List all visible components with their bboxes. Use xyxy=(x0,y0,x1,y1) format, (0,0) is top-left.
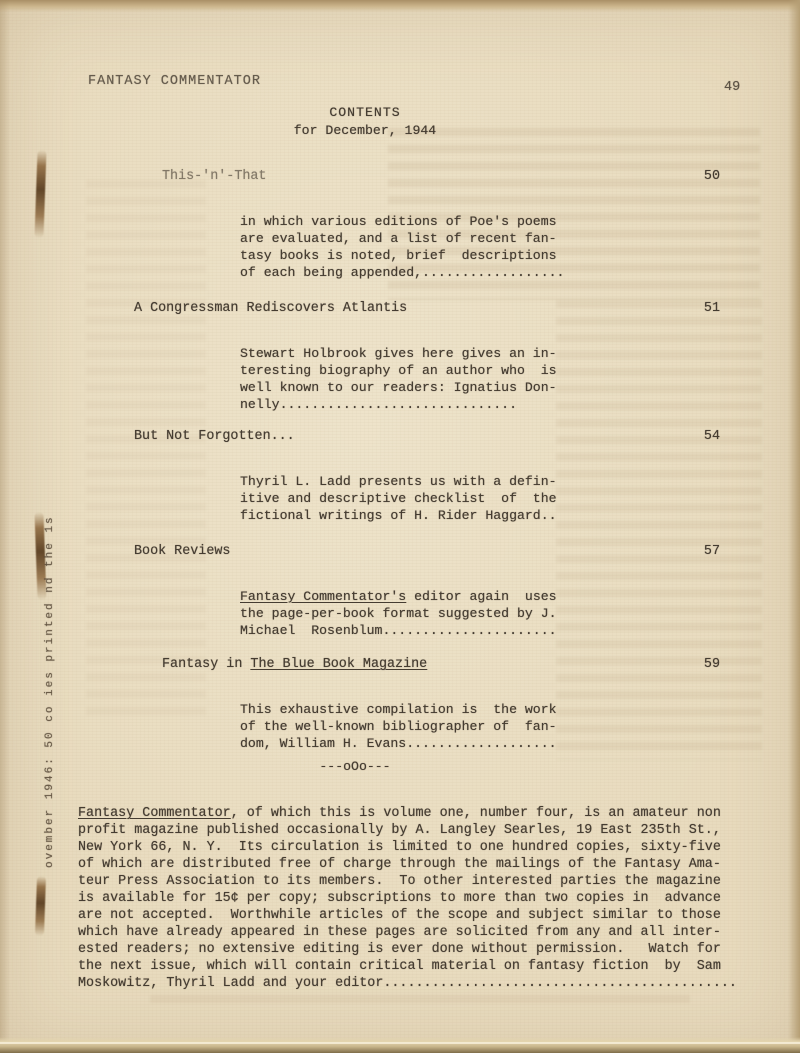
section-separator: ---oOo--- xyxy=(0,758,710,775)
toc-entry-page: 57 xyxy=(704,544,720,559)
toc-entry-title: Book Reviews xyxy=(134,543,230,560)
toc-entry-description: Thyril L. Ladd presents us with a defin-… xyxy=(240,473,720,524)
contents-subtitle: for December, 1944 xyxy=(0,122,730,140)
toc-entry: This-'n'-That 50 in which various editio… xyxy=(162,168,720,281)
staple-rust-mark xyxy=(34,150,46,238)
toc-entry-description: Stewart Holbrook gives here gives an in-… xyxy=(240,345,720,413)
toc-entry-title: This-'n'-That xyxy=(162,168,266,185)
page-edge-left xyxy=(0,0,10,1053)
page-edge-highlight xyxy=(0,1042,800,1044)
toc-entry-page: 51 xyxy=(704,301,720,316)
toc-entry: Book Reviews 57 Fantasy Commentator's ed… xyxy=(134,543,720,639)
page-number: 49 xyxy=(724,80,740,95)
bleed-through-text xyxy=(150,995,690,1011)
colophon-paragraph: Fantasy Commentator, of which this is vo… xyxy=(78,805,758,992)
toc-entry: A Congressman Rediscovers Atlantis 51 St… xyxy=(134,300,720,413)
running-header: FANTASY COMMENTATOR xyxy=(88,74,261,89)
toc-entry-page: 59 xyxy=(704,657,720,672)
toc-entry: Fantasy in The Blue Book Magazine 59 Thi… xyxy=(134,656,720,752)
scanned-page: ovember 1946: 50 co ies printed nd the 1… xyxy=(0,0,800,1053)
toc-entry-title: Fantasy in The Blue Book Magazine xyxy=(162,656,427,673)
toc-entry-description: in which various editions of Poe's poems… xyxy=(240,213,720,281)
toc-entry-description: Fantasy Commentator's editor again usest… xyxy=(240,588,720,639)
staple-rust-mark xyxy=(35,876,46,936)
contents-title: CONTENTS xyxy=(0,104,730,122)
toc-entry-title: But Not Forgotten... xyxy=(134,428,295,445)
toc-entry: But Not Forgotten... 54 Thyril L. Ladd p… xyxy=(134,428,720,524)
contents-heading: CONTENTS for December, 1944 xyxy=(0,104,730,140)
toc-entry-page: 54 xyxy=(704,429,720,444)
page-edge-right xyxy=(788,0,800,1053)
toc-entry-title: A Congressman Rediscovers Atlantis xyxy=(134,300,407,317)
page-edge-top xyxy=(0,0,800,12)
page-edge-bottom xyxy=(0,1037,800,1053)
toc-entry-description: This exhaustive compilation is the worko… xyxy=(240,701,720,752)
toc-entry-page: 50 xyxy=(704,169,720,184)
